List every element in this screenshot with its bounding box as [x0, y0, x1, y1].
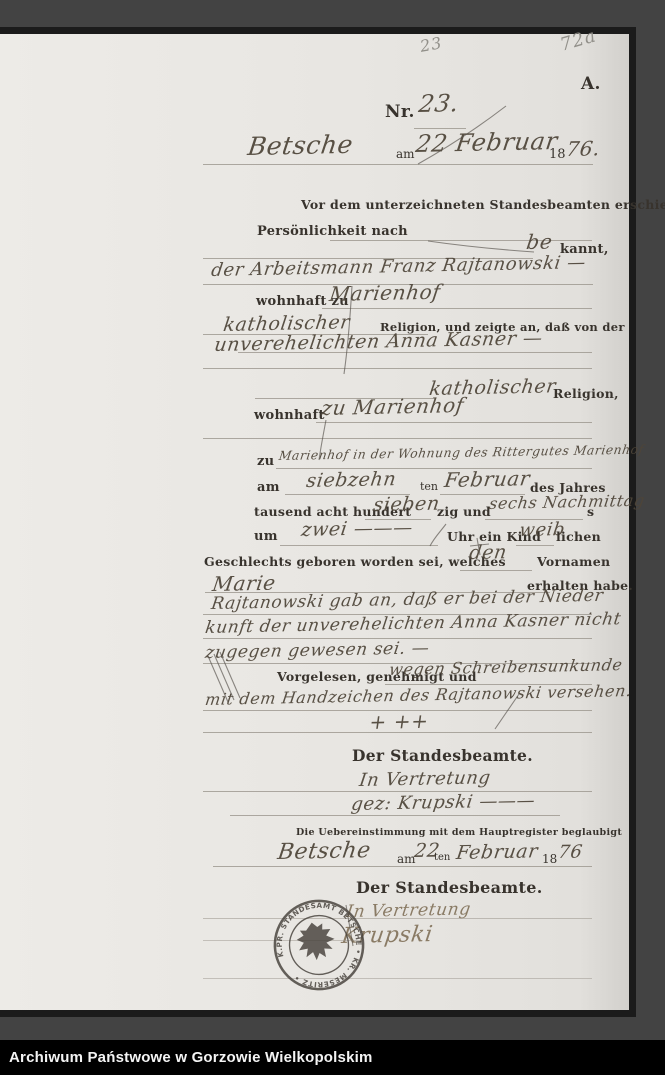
certification-year-printed: 18: [542, 852, 557, 866]
units-daytime-handwritten: sechs Nachmittag: [488, 491, 646, 513]
year-printed: 18: [549, 147, 566, 162]
birthday-handwritten: siebzehn: [305, 468, 398, 492]
date-handwritten: 22 Februar: [414, 127, 560, 158]
archive-watermark-bar: Archiwum Państwowe w Gorzowie Wielkopols…: [0, 1040, 665, 1075]
am-day-label: am: [257, 480, 280, 495]
registrar-signature-handwritten: gez: Krupski ———: [350, 790, 537, 815]
registrar-title: Der Standesbeamte.: [352, 746, 533, 765]
zu-label: zu: [257, 454, 274, 469]
in-vertretung-handwritten: In Vertretung: [358, 767, 492, 791]
wohnhaft-label: wohnhaft: [254, 408, 325, 423]
ruled-line: [203, 732, 592, 733]
residence2-handwritten: zu Marienhof: [320, 393, 466, 420]
ten-label: ten: [420, 480, 438, 493]
geschlechts-label: Geschlechts geboren worden sei, welches: [204, 554, 506, 569]
vornamen-label: Vornamen: [537, 554, 610, 569]
ruled-line: [280, 545, 438, 546]
ruled-line: [516, 545, 554, 546]
certification-ten-label: ten: [434, 852, 450, 863]
hour-handwritten: zwei ———: [300, 517, 414, 541]
certification-month-handwritten: Februar: [455, 840, 539, 864]
document-scan-page: 23 72a A. Nr. 23. Betsche am 22 Februar …: [0, 34, 629, 1010]
ruled-line: [230, 815, 560, 816]
pencil-folio: 72a: [558, 25, 599, 55]
tens-handwritten: sieben: [372, 493, 441, 516]
am-label: am: [396, 147, 415, 161]
ruled-line: [330, 240, 592, 241]
certification-place-handwritten: Betsche: [276, 838, 372, 865]
ruled-line: [203, 978, 592, 979]
ruled-line: [213, 866, 592, 867]
ruled-line: [203, 368, 592, 369]
certification-statement: Die Uebereinstimmung mit dem Hauptregist…: [296, 827, 622, 838]
lichen-label: lichen: [556, 529, 601, 544]
nr-value-handwritten: 23.: [417, 89, 461, 118]
archive-name: Archiwum Państwowe w Gorzowie Wielkopols…: [9, 1049, 373, 1066]
ruled-line: [203, 438, 592, 439]
ruled-line: [316, 422, 592, 423]
persoenlichkeit-label: Persönlichkeit nach: [257, 224, 408, 239]
religion2-label: Religion,: [553, 386, 619, 401]
ruled-line: [238, 352, 592, 353]
ruled-line: [203, 164, 593, 165]
birth-month-handwritten: Februar: [443, 466, 532, 492]
corner-letter: A.: [581, 74, 601, 94]
s-label: s: [587, 504, 594, 519]
declarant-handwritten: der Arbeitsmann Franz Rajtanowski —: [210, 252, 587, 281]
zig-und-label: zig und: [437, 504, 491, 519]
handzeichen-handwritten: mit dem Handzeichen des Rajtanowski vers…: [204, 681, 633, 709]
schreibensunkunde-handwritten: wegen Schreibensunkunde: [388, 655, 624, 679]
place-handwritten: Betsche: [246, 130, 355, 161]
birthplace-handwritten: Marienhof in der Wohnung des Rittergutes…: [278, 442, 645, 463]
ruled-line: [460, 570, 532, 571]
article-handwritten: den: [468, 541, 508, 564]
nr-label: Nr.: [385, 102, 415, 122]
bekannt-handwritten: be: [525, 229, 554, 254]
handmarks-handwritten: + ++: [368, 709, 430, 734]
prussian-eagle-icon: [292, 917, 339, 964]
residence-handwritten: Marienhof: [328, 280, 442, 306]
ruled-line: [322, 308, 592, 309]
certification-year-handwritten: 76: [557, 841, 584, 863]
year-handwritten: 76.: [565, 136, 602, 161]
pencil-number: 23: [419, 33, 444, 56]
intro-text: Vor dem unterzeichneten Standesbeamten e…: [301, 197, 665, 212]
registrar2-title: Der Standesbeamte.: [356, 878, 543, 897]
um-label: um: [254, 529, 278, 544]
